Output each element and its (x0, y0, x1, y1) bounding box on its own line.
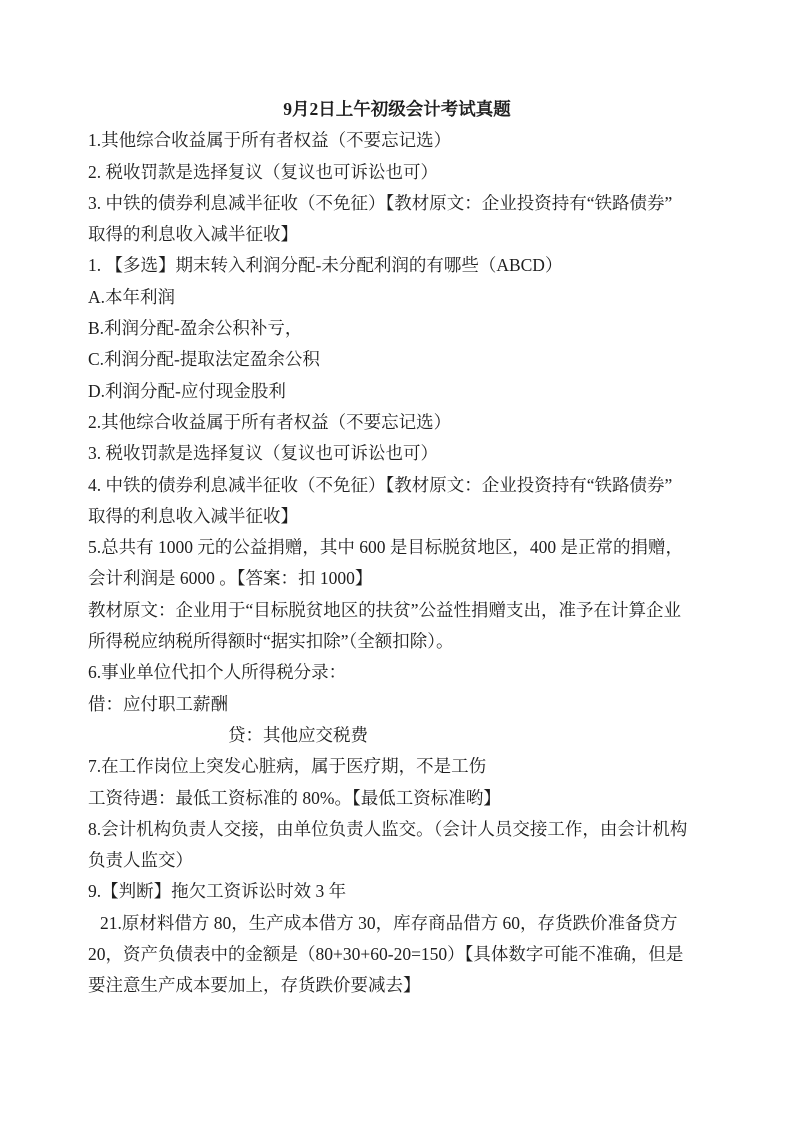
text-line: 1.其他综合收益属于所有者权益（不要忘记选） (88, 125, 706, 156)
paragraph-21: 21.原材料借方 80，生产成本借方 30，库存商品借方 60，存货跌价准备贷方… (88, 908, 706, 1002)
text-line: 所得税应纳税所得额时“据实扣除”（全额扣除）。 (88, 626, 706, 657)
text-line: 要注意生产成本要加上，存货跌价要减去】 (88, 970, 706, 1001)
text-line: 3. 税收罚款是选择复议（复议也可诉讼也可） (88, 438, 706, 469)
text-line: 贷：其他应交税费 (88, 720, 706, 751)
paragraph-7: C.利润分配-提取法定盈余公积 (88, 344, 706, 375)
paragraph-11: 4. 中铁的债券利息减半征收（不免征）【教材原文：企业投资持有“铁路债券”取得的… (88, 470, 706, 533)
paragraph-17: 7.在工作岗位上突发心脏病，属于医疗期，不是工伤 (88, 751, 706, 782)
paragraph-1: 1.其他综合收益属于所有者权益（不要忘记选） (88, 125, 706, 156)
paragraph-10: 3. 税收罚款是选择复议（复议也可诉讼也可） (88, 438, 706, 469)
text-line: 教材原文：企业用于“目标脱贫地区的扶贫”公益性捐赠支出，准予在计算企业 (88, 595, 706, 626)
paragraph-19: 8.会计机构负责人交接，由单位负责人监交。（会计人员交接工作，由会计机构负责人监… (88, 814, 706, 877)
text-line: 借：应付职工薪酬 (88, 689, 706, 720)
text-line: B.利润分配-盈余公积补亏， (88, 313, 706, 344)
text-line: 20，资产负债表中的金额是（80+30+60-20=150）【具体数字可能不准确… (88, 939, 706, 970)
document-body: 1.其他综合收益属于所有者权益（不要忘记选）2. 税收罚款是选择复议（复议也可诉… (88, 125, 706, 1001)
paragraph-6: B.利润分配-盈余公积补亏， (88, 313, 706, 344)
text-line: 2. 税收罚款是选择复议（复议也可诉讼也可） (88, 157, 706, 188)
text-line: C.利润分配-提取法定盈余公积 (88, 344, 706, 375)
paragraph-12: 5.总共有 1000 元的公益捐赠，其中 600 是目标脱贫地区，400 是正常… (88, 532, 706, 595)
text-line: 会计利润是 6000 。【答案：扣 1000】 (88, 563, 706, 594)
paragraph-8: D.利润分配-应付现金股利 (88, 376, 706, 407)
text-line: D.利润分配-应付现金股利 (88, 376, 706, 407)
text-line: 2.其他综合收益属于所有者权益（不要忘记选） (88, 407, 706, 438)
text-line: 21.原材料借方 80，生产成本借方 30，库存商品借方 60，存货跌价准备贷方 (88, 908, 706, 939)
text-line: 3. 中铁的债券利息减半征收（不免征）【教材原文：企业投资持有“铁路债券” (88, 188, 706, 219)
text-line: 负责人监交） (88, 845, 706, 876)
text-line: 8.会计机构负责人交接，由单位负责人监交。（会计人员交接工作，由会计机构 (88, 814, 706, 845)
text-line: 取得的利息收入减半征收】 (88, 501, 706, 532)
text-line: 1. 【多选】期末转入利润分配-未分配利润的有哪些（ABCD） (88, 250, 706, 281)
text-line: 5.总共有 1000 元的公益捐赠，其中 600 是目标脱贫地区，400 是正常… (88, 532, 706, 563)
paragraph-13: 教材原文：企业用于“目标脱贫地区的扶贫”公益性捐赠支出，准予在计算企业所得税应纳… (88, 595, 706, 658)
paragraph-18: 工资待遇：最低工资标准的 80%。【最低工资标准哟】 (88, 783, 706, 814)
paragraph-15: 借：应付职工薪酬 (88, 689, 706, 720)
text-line: 4. 中铁的债券利息减半征收（不免征）【教材原文：企业投资持有“铁路债券” (88, 470, 706, 501)
paragraph-9: 2.其他综合收益属于所有者权益（不要忘记选） (88, 407, 706, 438)
paragraph-4: 1. 【多选】期末转入利润分配-未分配利润的有哪些（ABCD） (88, 250, 706, 281)
text-line: 6.事业单位代扣个人所得税分录： (88, 657, 706, 688)
document-title: 9月2日上午初级会计考试真题 (88, 94, 706, 125)
paragraph-5: A.本年利润 (88, 282, 706, 313)
paragraph-20: 9.【判断】拖欠工资诉讼时效 3 年 (88, 876, 706, 907)
text-line: 9.【判断】拖欠工资诉讼时效 3 年 (88, 876, 706, 907)
text-line: 7.在工作岗位上突发心脏病，属于医疗期，不是工伤 (88, 751, 706, 782)
text-line: A.本年利润 (88, 282, 706, 313)
paragraph-16: 贷：其他应交税费 (88, 720, 706, 751)
text-line: 取得的利息收入减半征收】 (88, 219, 706, 250)
paragraph-14: 6.事业单位代扣个人所得税分录： (88, 657, 706, 688)
document-page: 9月2日上午初级会计考试真题 1.其他综合收益属于所有者权益（不要忘记选）2. … (0, 0, 793, 1122)
paragraph-3: 3. 中铁的债券利息减半征收（不免征）【教材原文：企业投资持有“铁路债券”取得的… (88, 188, 706, 251)
text-line: 工资待遇：最低工资标准的 80%。【最低工资标准哟】 (88, 783, 706, 814)
paragraph-2: 2. 税收罚款是选择复议（复议也可诉讼也可） (88, 157, 706, 188)
